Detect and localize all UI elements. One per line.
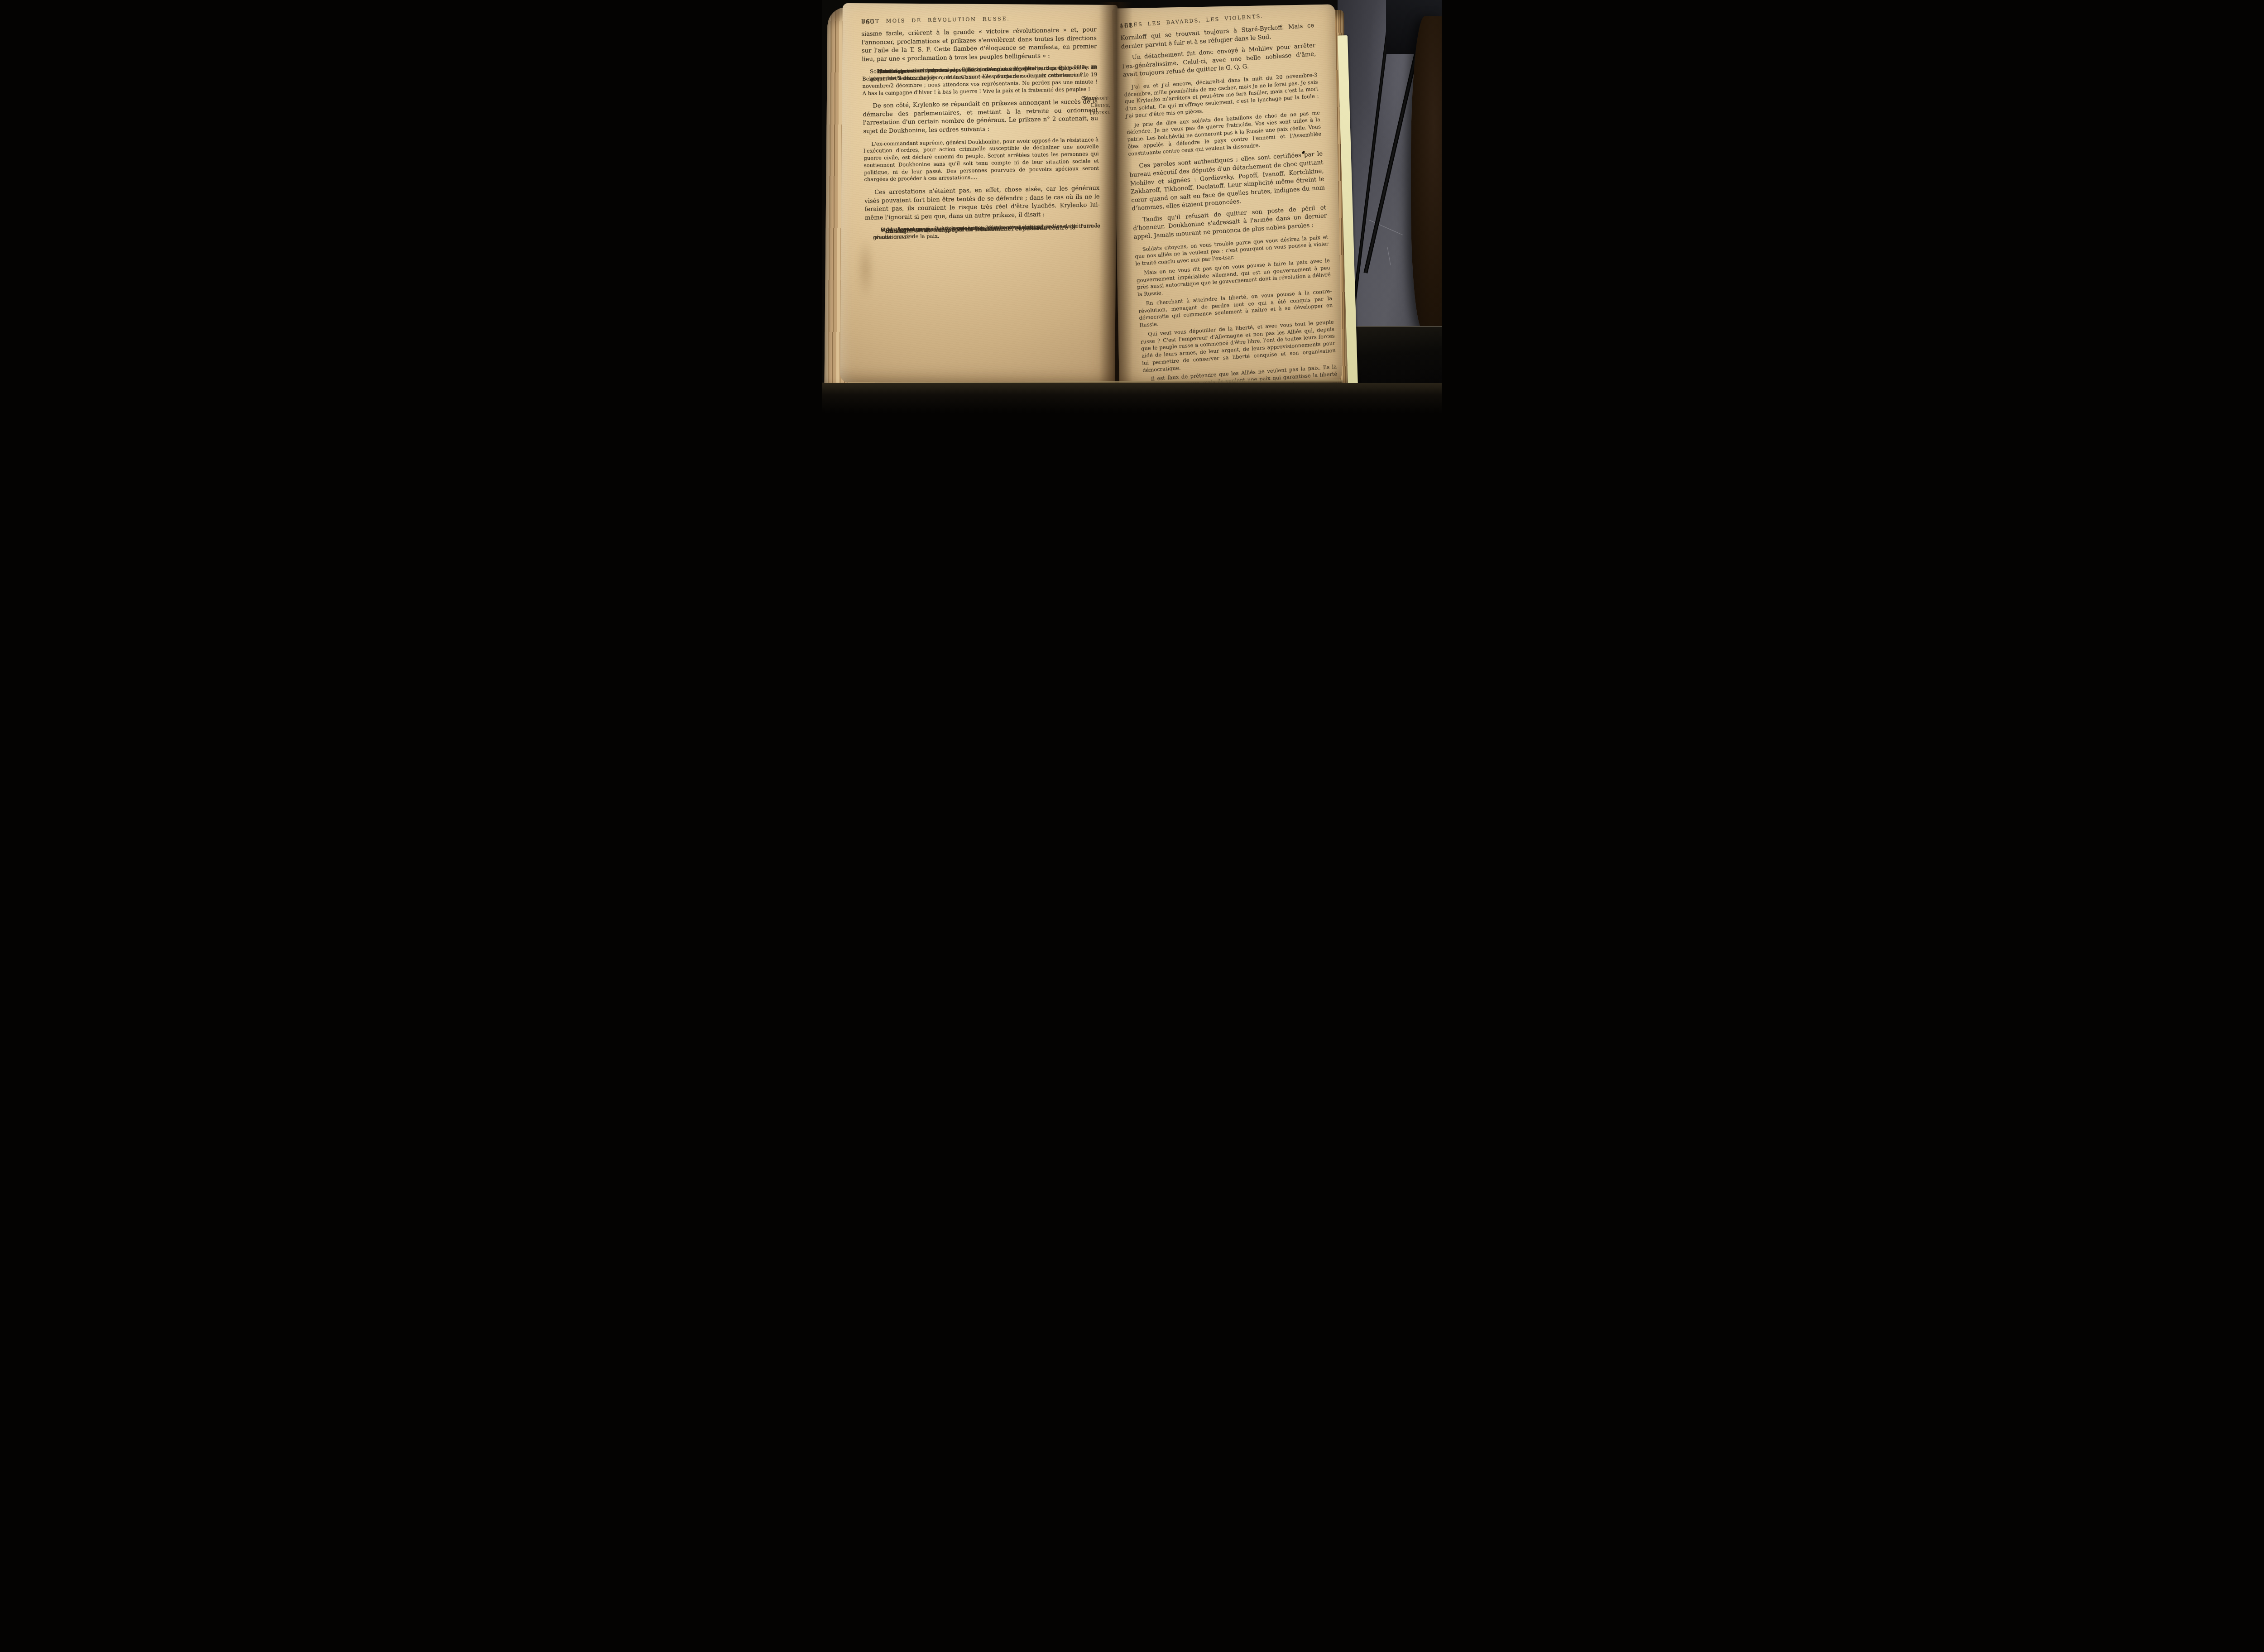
paper-stain bbox=[853, 227, 878, 310]
dark-cloth bbox=[1411, 16, 1442, 330]
running-title: HUIT MOIS DE RÉVOLUTION RUSSE. bbox=[861, 16, 1010, 24]
paragraph: siasme facile, crièrent à la grande « vi… bbox=[861, 26, 1097, 64]
gutter-shadow bbox=[1099, 2, 1132, 385]
block-quote-proclamation: Nous, les commissaires du peuple, nous n… bbox=[862, 64, 1098, 97]
paragraph: En même temps on préparait fébrilement l… bbox=[865, 223, 1100, 228]
block-quote-prikaze: L'ex-commandant suprême, général Doukhon… bbox=[863, 136, 1099, 183]
block-quote-doukhonine: J'ai eu et j'ai encore, déclarait-il dan… bbox=[1124, 72, 1322, 158]
left-page-text: 160 HUIT MOIS DE RÉVOLUTION RUSSE. siasm… bbox=[861, 14, 1103, 375]
paper-stain bbox=[1129, 37, 1147, 136]
left-page: 160 HUIT MOIS DE RÉVOLUTION RUSSE. siasm… bbox=[840, 3, 1118, 384]
right-page-header: APRÈS LES BAVARDS, LES VIOLENTS. 161 bbox=[1120, 10, 1314, 23]
book-photo: 160 HUIT MOIS DE RÉVOLUTION RUSSE. siasm… bbox=[822, 0, 1442, 413]
paragraph: Ces arrestations n'étaient pas, en effet… bbox=[864, 184, 1100, 222]
table-edge bbox=[822, 383, 1442, 413]
quote-paragraph: Soldats, ouvriers et paysans de France, … bbox=[862, 64, 1098, 97]
left-page-header: 160 HUIT MOIS DE RÉVOLUTION RUSSE. bbox=[861, 14, 1096, 19]
block-quote-appel: Soldats citoyens, on vous trouble parce … bbox=[1135, 234, 1338, 398]
quote-paragraph: L'ex-commandant suprême, général Doukhon… bbox=[863, 136, 1099, 183]
paragraph: De son côté, Krylenko se répandait en pr… bbox=[863, 98, 1098, 136]
paragraph: Ces paroles sont authentiques ; elles so… bbox=[1129, 150, 1326, 214]
right-page-text: APRÈS LES BAVARDS, LES VIOLENTS. 161 Kor… bbox=[1120, 10, 1337, 379]
